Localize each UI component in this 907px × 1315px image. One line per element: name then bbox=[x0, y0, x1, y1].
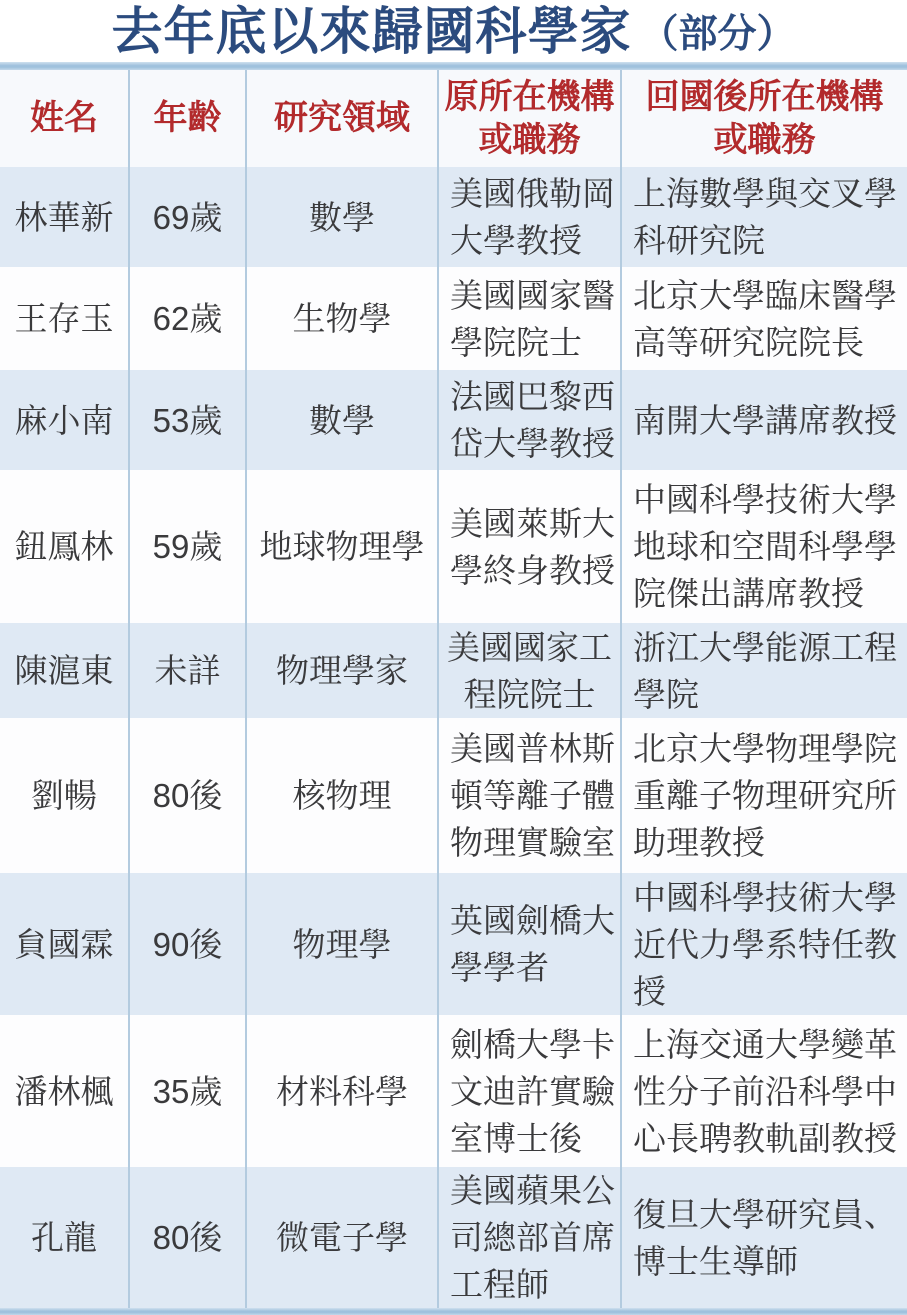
scientist-name-cell: 鈕鳳林 bbox=[0, 470, 128, 623]
header-age: 年齡 bbox=[128, 70, 245, 167]
top-rule bbox=[0, 62, 907, 70]
scientist-name-cell: 孔龍 bbox=[0, 1167, 128, 1308]
page-title: 去年底以來歸國科學家 （部分） bbox=[0, 0, 907, 62]
scientists-table: 姓名 年齡 研究領域 原所在機構 或職務 回國後所在機構 或職務 林華新 69歲… bbox=[0, 70, 907, 1308]
age-cell: 80後 bbox=[128, 1167, 245, 1308]
origin-institution-cell: 英國劍橋大 學學者 bbox=[437, 873, 620, 1015]
origin-institution-cell: 美國萊斯大 學終身教授 bbox=[437, 470, 620, 623]
origin-institution-cell: 美國俄勒岡 大學教授 bbox=[437, 167, 620, 267]
header-name: 姓名 bbox=[0, 70, 128, 167]
research-field-cell: 物理學 bbox=[245, 873, 437, 1015]
origin-institution-cell: 劍橋大學卡 文迪許實驗 室博士後 bbox=[437, 1015, 620, 1167]
scientist-name-cell: 劉暢 bbox=[0, 718, 128, 873]
scientist-name-cell: 王存玉 bbox=[0, 267, 128, 370]
age-cell: 80後 bbox=[128, 718, 245, 873]
origin-institution-cell: 美國普林斯 頓等離子體 物理實驗室 bbox=[437, 718, 620, 873]
age-cell: 62歲 bbox=[128, 267, 245, 370]
scientist-name-cell: 潘林楓 bbox=[0, 1015, 128, 1167]
research-field-cell: 微電子學 bbox=[245, 1167, 437, 1308]
header-return-institution: 回國後所在機構 或職務 bbox=[620, 70, 907, 167]
infographic-page: 去年底以來歸國科學家 （部分） 姓名 年齡 研究領域 原所在機構 或職務 回國後… bbox=[0, 0, 907, 1315]
research-field-cell: 物理學家 bbox=[245, 623, 437, 718]
title-text: 去年底以來歸國科學家 bbox=[111, 6, 631, 57]
return-institution-cell: 南開大學講席教授 bbox=[620, 370, 907, 470]
age-cell: 未詳 bbox=[128, 623, 245, 718]
scientist-name-cell: 貟國霖 bbox=[0, 873, 128, 1015]
origin-institution-cell: 法國巴黎西 岱大學教授 bbox=[437, 370, 620, 470]
title-suffix-text: （部分） bbox=[640, 9, 796, 54]
scientist-name-cell: 麻小南 bbox=[0, 370, 128, 470]
return-institution-cell: 北京大學物理學院 重離子物理研究所 助理教授 bbox=[620, 718, 907, 873]
origin-institution-cell: 美國蘋果公 司總部首席 工程師 bbox=[437, 1167, 620, 1308]
return-institution-cell: 復旦大學研究員、 博士生導師 bbox=[620, 1167, 907, 1308]
return-institution-cell: 中國科學技術大學 地球和空間科學學 院傑出講席教授 bbox=[620, 470, 907, 623]
header-field: 研究領域 bbox=[245, 70, 437, 167]
bottom-rule bbox=[0, 1308, 907, 1315]
research-field-cell: 數學 bbox=[245, 167, 437, 267]
return-institution-cell: 上海數學與交叉學 科研究院 bbox=[620, 167, 907, 267]
research-field-cell: 地球物理學 bbox=[245, 470, 437, 623]
age-cell: 53歲 bbox=[128, 370, 245, 470]
age-cell: 90後 bbox=[128, 873, 245, 1015]
age-cell: 59歲 bbox=[128, 470, 245, 623]
return-institution-cell: 上海交通大學變革 性分子前沿科學中 心長聘教軌副教授 bbox=[620, 1015, 907, 1167]
research-field-cell: 生物學 bbox=[245, 267, 437, 370]
origin-institution-cell: 美國國家工 程院院士 bbox=[437, 623, 620, 718]
scientist-name-cell: 陳滬東 bbox=[0, 623, 128, 718]
header-origin-institution: 原所在機構 或職務 bbox=[437, 70, 620, 167]
return-institution-cell: 中國科學技術大學 近代力學系特任教 授 bbox=[620, 873, 907, 1015]
return-institution-cell: 浙江大學能源工程 學院 bbox=[620, 623, 907, 718]
age-cell: 69歲 bbox=[128, 167, 245, 267]
research-field-cell: 材料科學 bbox=[245, 1015, 437, 1167]
origin-institution-cell: 美國國家醫 學院院士 bbox=[437, 267, 620, 370]
research-field-cell: 核物理 bbox=[245, 718, 437, 873]
research-field-cell: 數學 bbox=[245, 370, 437, 470]
age-cell: 35歲 bbox=[128, 1015, 245, 1167]
return-institution-cell: 北京大學臨床醫學 高等研究院院長 bbox=[620, 267, 907, 370]
scientist-name-cell: 林華新 bbox=[0, 167, 128, 267]
